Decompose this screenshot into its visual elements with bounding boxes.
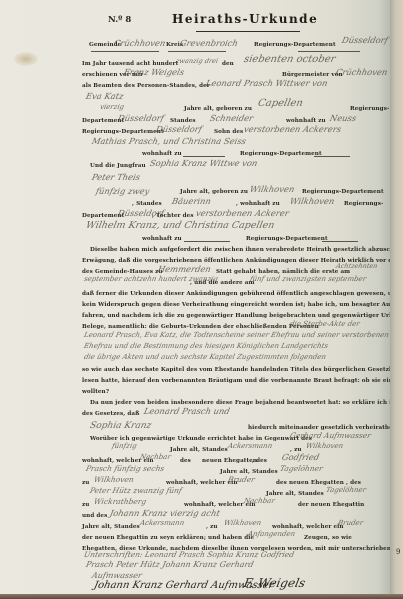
body-text: und des (82, 513, 107, 519)
witness-2-relation: Bruder (227, 475, 256, 484)
groom-parents-residence-line (183, 156, 225, 157)
kreis-value: Grevenbroich (179, 38, 239, 48)
body-text: wollten? (82, 389, 109, 395)
witness-3-residence: Wickrathberg (93, 497, 147, 506)
bride-age-label: Jahre alt, geboren zu (180, 189, 248, 195)
body-text: kein Widerspruch gegen diese Verheirathu… (82, 302, 390, 308)
signatures-line-3: Aufmwasser (91, 571, 143, 580)
body-text: des (180, 458, 191, 464)
groom-residence: Neuss (329, 113, 357, 123)
bride-parents-residence-line (184, 241, 230, 242)
intro-date-value: siebenten october (243, 54, 337, 65)
body-text: Jahre alt, Standes (170, 447, 228, 453)
body-text: , zu (206, 524, 218, 530)
second-publication-date: fünf und zwanzigsten september (249, 275, 367, 283)
certificate-page: N.º 8 Heiraths-Urkunde Gemeinde Crüchhov… (0, 0, 390, 594)
regdep-label: Regierungs-Departement (254, 42, 336, 48)
mayor-town: Crüchhoven (335, 67, 389, 77)
groom-parents: Mathias Prasch, und Christina Seiss (91, 136, 247, 146)
witness-1-age: fünfzig (111, 442, 137, 450)
groom-name: Leonard Prasch Wittwer von (205, 78, 329, 88)
witnesses-status: Anfangenden (247, 530, 296, 538)
bride-parents-regdep-label: Regierungs-Departement (246, 236, 328, 242)
bride-parents: Wilhelm Kranz, und Christina Capellen (85, 220, 276, 231)
groom-regdep2-value: Düsseldorf (155, 124, 203, 134)
regdep-value: Düsseldorf (341, 35, 389, 45)
groom-birthplace: Capellen (257, 98, 304, 109)
body-text: zu (82, 502, 89, 508)
signatures-line-2: Prasch Peter Hütz Johann Kranz Gerhard (85, 560, 254, 569)
groom-regierungs-label: Regierungs- (350, 106, 389, 112)
body-text: so wie auch das sechste Kapitel des vom … (82, 367, 390, 373)
title-underline (196, 31, 300, 32)
witness-1-occupation: Ackersmann (227, 442, 273, 450)
bride-regdep-label: Regierungs-Departement (302, 189, 384, 195)
witness-2-firstname: Godfried (281, 452, 320, 462)
witness-2-occupation: Tagelöhner (279, 464, 324, 473)
bride-regierungs-label: Regierungs- (344, 201, 383, 207)
gemeinde-underline (91, 51, 159, 52)
bride-birthplace: Wilkhoven (249, 184, 296, 194)
body-text: des Gesetzes, daß (82, 411, 139, 417)
first-publication-date: Achtzehnten (335, 262, 378, 270)
body-text: Dieselbe haben mich aufgefordert die zwi… (90, 247, 390, 253)
bride-occupation: Bäuerinn (171, 196, 212, 206)
intro-official-label: als Beamten des Personen-Standes, der (82, 83, 210, 89)
gemeinde-value: Crüchhoven (113, 38, 167, 48)
groom-occupation: Schneider (209, 113, 254, 123)
groom-parents-residence-label: wohnhaft zu (142, 151, 182, 157)
mayor-name: Franz Weigels (123, 67, 185, 77)
body-text: Da nun jeder von beiden insbesondere die… (90, 400, 390, 406)
book-gutter (390, 0, 403, 599)
page-title: Heiraths-Urkunde (172, 12, 318, 26)
kreis-underline (168, 51, 226, 52)
intro-den-label: den (222, 61, 234, 67)
groom-age: vierzig (99, 103, 125, 111)
groom-late-wife: Eva Katz (85, 91, 125, 101)
declared-groom: Leonard Prasch und (143, 406, 231, 416)
bride-late-husband: Peter Theis (91, 172, 141, 182)
groom-parents-regdep-line (314, 156, 350, 157)
witness-1-name: Gerhard Aufmwasser (289, 431, 372, 440)
groom-regdep2-label: Regierungs-Departement (82, 129, 164, 135)
documents-list: die übrige Akten und auch sechste Kapite… (83, 353, 327, 361)
groom-dep-value: Düsseldorf (117, 113, 165, 123)
witness-3-occupation: Tagelöhner (325, 486, 367, 494)
publication-place: Hemmerden (157, 264, 212, 274)
witness-1-relation: Nachbar (139, 453, 171, 461)
body-text: lesen hatte, hierauf den vorbenannten Br… (82, 378, 390, 384)
bride-daughter-of-label: , Tochter des (152, 213, 194, 219)
groom-father-status: verstorbenen Ackerers (243, 124, 342, 134)
documents-list: Ehefrau und die Bestimmung des hiesigen … (83, 342, 329, 350)
groom-age-label: Jahre alt, geboren zu (184, 106, 252, 112)
documents-list: Leonard Prasch, Eva Katz, die Todtensche… (83, 331, 390, 339)
witness-4-relation: Bruder (337, 519, 364, 527)
body-text: fahren, und nachdem ich die zu gegenwärt… (82, 313, 390, 319)
body-text: Zeugen, so wie (304, 535, 352, 541)
paper-stain (14, 52, 38, 66)
signatures-line-1: Unterschriften: Leonard Prasch Sophia Kr… (83, 550, 295, 559)
body-text: daß ferner die Urkunden dieser Ankündigu… (82, 291, 390, 297)
groom-son-of-label: Sohn des (214, 129, 243, 135)
witness-2-name-age: Prasch fünfzig sechs (85, 464, 165, 473)
body-text: der neuen Ehegattin zu seyn erklären; un… (82, 535, 254, 541)
body-text: zu (82, 480, 89, 486)
book-bottom-edge (0, 594, 403, 599)
declared-bride: Sophia Kranz (89, 421, 152, 431)
body-text: Jahre alt, Standes (82, 524, 140, 530)
bride-father-status: verstorbenen Ackerer (195, 208, 290, 218)
bride-parents-residence-label: wohnhaft zu (142, 236, 182, 242)
bride-residence-label: , wohnhaft zu (236, 201, 280, 207)
mayor-signature: F. Weigels (243, 576, 307, 590)
bride-stand-label: , Standes (132, 201, 162, 207)
body-text: , des (252, 458, 267, 464)
documents-list: die Sterbe-Akte der (289, 320, 360, 328)
witness-4-occupation: Ackersmann (139, 519, 185, 527)
witness-2-residence: Wilkhoven (93, 475, 135, 484)
body-text: neuen Ehegatten (202, 458, 257, 464)
witness-3-relation: Nachbar (243, 497, 275, 505)
witness-1-residence: Wilkhoven (305, 442, 344, 450)
bride-residence: Wilkhoven (289, 196, 336, 206)
bride-age: fünfzig zwey (95, 186, 151, 196)
intro-year-value: zwanzig drei (175, 57, 219, 65)
witness-4-name-age: Johann Kranz vierzig acht (109, 508, 221, 518)
bride-label: Und die Jungfrau (90, 163, 146, 169)
bride-name: Sophia Kranz Wittwe von (149, 158, 259, 168)
witness-3-name-age: Peter Hütz zwanzig fünf (89, 486, 183, 495)
body-text: , und die andere am (190, 280, 255, 286)
regdep-underline (298, 51, 360, 52)
margin-note: 9 (396, 548, 401, 556)
groom-parents-regdep-label: Regierungs-Departement (240, 151, 322, 157)
body-text: der neuen Ehegattin (298, 502, 364, 508)
certificate-number: N.º 8 (108, 15, 131, 25)
bride-parents-regdep-line (322, 241, 358, 242)
witness-4-residence: Wilkhoven (223, 519, 262, 527)
body-text: Belege, namentlich: die Geburts-Urkunden… (82, 324, 319, 330)
